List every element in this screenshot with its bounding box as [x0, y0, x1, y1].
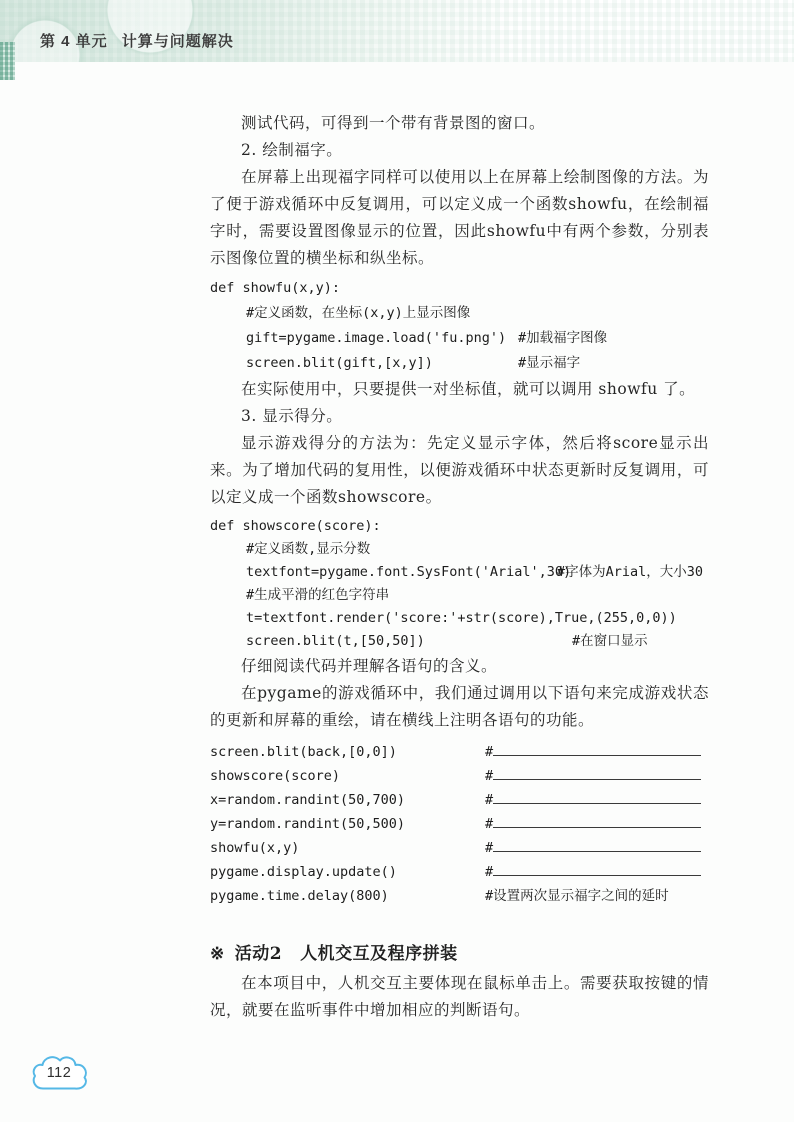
code-text: gift=pygame.image.load('fu.png'): [246, 330, 506, 346]
activity-heading: ※活动2人机交互及程序拼装: [210, 940, 709, 968]
hash-sign: #: [485, 744, 493, 760]
fill-row: pygame.display.update()#: [210, 860, 709, 884]
hash-sign: #: [485, 792, 493, 808]
code-text: screen.blit(t,[50,50]): [246, 633, 425, 649]
code-text: pygame.display.update(): [210, 864, 397, 880]
heading-show-score: 3. 显示得分。: [210, 403, 709, 430]
comment-area: #: [485, 836, 701, 860]
answer-blank: [493, 837, 701, 852]
code-comment: #生成平滑的红色字符串: [246, 587, 389, 603]
banner-decoration: [0, 42, 15, 80]
code-line: def showfu(x,y):: [210, 276, 709, 301]
code-line: #定义函数,显示分数: [210, 538, 709, 561]
code-text: def showscore(score):: [210, 518, 381, 534]
paragraph-use-showfu: 在实际使用中，只要提供一对坐标值，就可以调用 showfu 了。: [210, 376, 709, 403]
fill-row: showfu(x,y)#: [210, 836, 709, 860]
code-comment: #字体为Arial，大小30: [557, 561, 703, 584]
paragraph-read-code: 仔细阅读代码并理解各语句的含义。: [210, 653, 709, 680]
answer-blank: [493, 861, 701, 876]
code-line: gift=pygame.image.load('fu.png')#加载福字图像: [210, 326, 709, 351]
comment-area: #: [485, 860, 701, 884]
comment-area: #: [485, 812, 701, 836]
code-line: #定义函数，在坐标(x,y)上显示图像: [210, 301, 709, 326]
comment-area: #: [485, 740, 701, 764]
code-text: screen.blit(back,[0,0]): [210, 744, 397, 760]
comment-area: #: [485, 764, 701, 788]
code-text: pygame.time.delay(800): [210, 888, 389, 904]
code-line: screen.blit(gift,[x,y])#显示福字: [210, 351, 709, 376]
paragraph-showfu-intro: 在屏幕上出现福字同样可以使用以上在屏幕上绘制图像的方法。为了便于游戏循环中反复调…: [210, 164, 709, 272]
code-text: showfu(x,y): [210, 840, 299, 856]
hash-sign: #: [485, 768, 493, 784]
code-comment: #定义函数，在坐标(x,y)上显示图像: [246, 305, 470, 321]
code-comment: #定义函数,显示分数: [246, 541, 370, 557]
page-number: 112: [28, 1065, 90, 1081]
code-line: textfont=pygame.font.SysFont('Arial',30)…: [210, 561, 709, 584]
code-comment: #在窗口显示: [572, 630, 648, 653]
unit-label: 第 4 单元: [40, 33, 108, 50]
page-number-cloud: 112: [28, 1052, 90, 1100]
comment-area: #: [485, 788, 701, 812]
code-line: def showscore(score):: [210, 515, 709, 538]
fill-row: showscore(score)#: [210, 764, 709, 788]
paragraph-activity: 在本项目中，人机交互主要体现在鼠标单击上。需要获取按键的情况，就要在监听事件中增…: [210, 970, 709, 1024]
activity-label: 活动2: [235, 944, 282, 964]
code-comment: #显示福字: [518, 351, 580, 376]
code-text: t=textfont.render('score:'+str(score),Tr…: [246, 610, 677, 626]
code-text: showscore(score): [210, 768, 340, 784]
activity-title: 人机交互及程序拼装: [300, 944, 458, 964]
hash-sign: #: [485, 816, 493, 832]
fill-row: screen.blit(back,[0,0])#: [210, 740, 709, 764]
paragraph-score-intro: 显示游戏得分的方法为：先定义显示字体，然后将score显示出来。为了增加代码的复…: [210, 430, 709, 511]
fill-row: y=random.randint(50,500)#: [210, 812, 709, 836]
unit-title: 计算与问题解决: [122, 33, 234, 50]
fill-row: pygame.time.delay(800)#设置两次显示福字之间的延时: [210, 884, 709, 908]
fill-row: x=random.randint(50,700)#: [210, 788, 709, 812]
code-block-showscore: def showscore(score): #定义函数,显示分数 textfon…: [210, 515, 709, 653]
activity-marker: ※: [210, 944, 225, 964]
code-line: t=textfont.render('score:'+str(score),Tr…: [210, 607, 709, 630]
fill-in-code-block: screen.blit(back,[0,0])# showscore(score…: [210, 740, 709, 908]
code-text: def showfu(x,y):: [210, 280, 340, 296]
heading-draw-fu: 2. 绘制福字。: [210, 137, 709, 164]
code-comment: #加载福字图像: [518, 326, 607, 351]
paragraph-loop-intro: 在pygame的游戏循环中，我们通过调用以下语句来完成游戏状态的更新和屏幕的重绘…: [210, 680, 709, 734]
code-text: textfont=pygame.font.SysFont('Arial',30): [246, 564, 571, 580]
code-comment: #设置两次显示福字之间的延时: [485, 884, 669, 908]
code-line: screen.blit(t,[50,50])#在窗口显示: [210, 630, 709, 653]
textbook-page: 第 4 单元计算与问题解决 测试代码，可得到一个带有背景图的窗口。 2. 绘制福…: [0, 0, 794, 1122]
paragraph-test-code: 测试代码，可得到一个带有背景图的窗口。: [210, 110, 709, 137]
answer-blank: [493, 813, 701, 828]
code-line: #生成平滑的红色字符串: [210, 584, 709, 607]
code-text: y=random.randint(50,500): [210, 816, 405, 832]
code-block-showfu: def showfu(x,y): #定义函数，在坐标(x,y)上显示图像 gif…: [210, 276, 709, 376]
code-text: screen.blit(gift,[x,y]): [246, 355, 433, 371]
answer-blank: [493, 789, 701, 804]
answer-blank: [493, 741, 701, 756]
page-content: 测试代码，可得到一个带有背景图的窗口。 2. 绘制福字。 在屏幕上出现福字同样可…: [210, 110, 709, 1024]
running-header: 第 4 单元计算与问题解决: [40, 30, 234, 51]
code-text: x=random.randint(50,700): [210, 792, 405, 808]
hash-sign: #: [485, 840, 493, 856]
answer-blank: [493, 765, 701, 780]
hash-sign: #: [485, 864, 493, 880]
